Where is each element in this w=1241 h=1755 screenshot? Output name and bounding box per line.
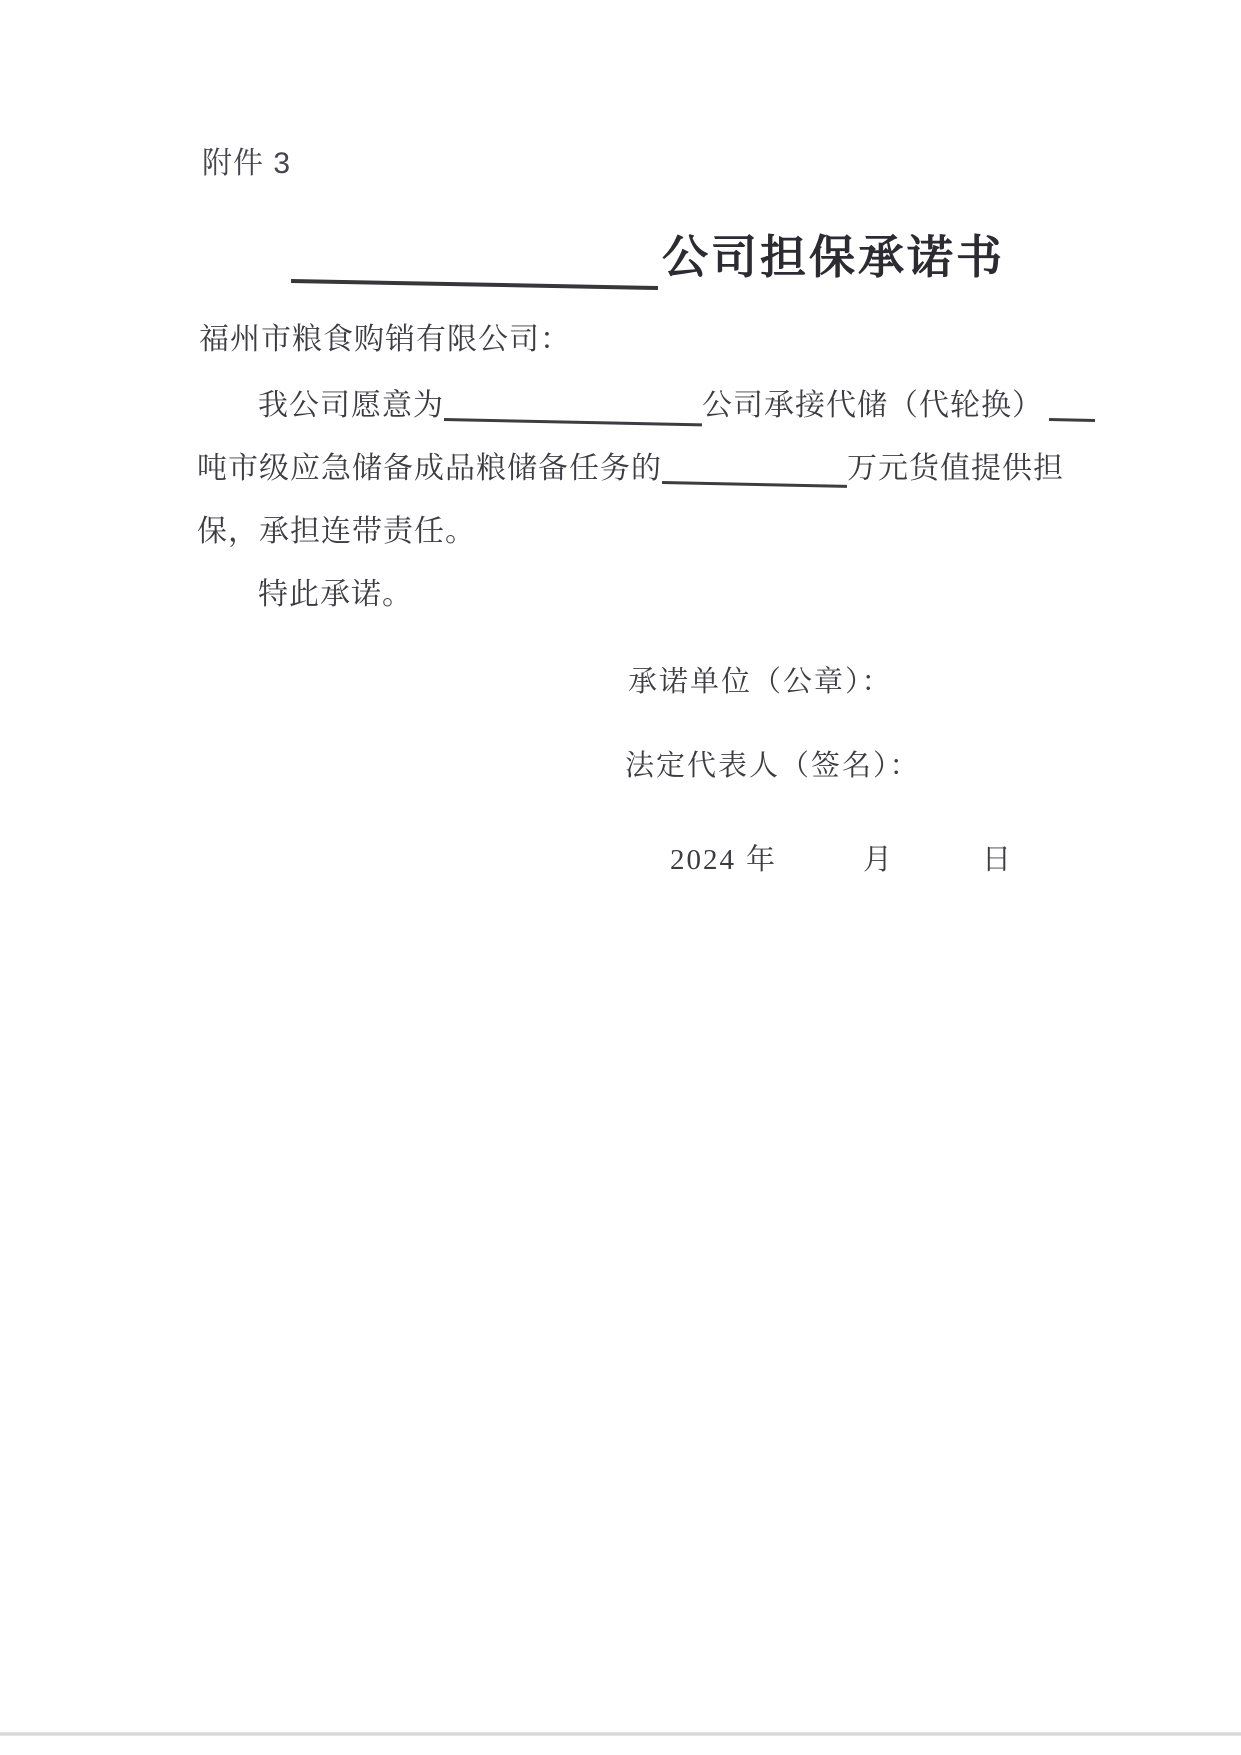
body-line-2-lead: 吨市级应急储备成品粮储备任务的: [197, 452, 662, 485]
scanner-edge-artifact: [0, 1732, 1241, 1736]
date-day-unit: 日: [982, 844, 1013, 876]
salutation: 福州市粮食购销有限公司：: [199, 320, 571, 360]
date-month-unit: 月: [863, 844, 894, 876]
body-line-1-after-blank: 公司承接代储（代轮换）: [702, 389, 1043, 422]
signature-unit-label: 承诺单位（公章）：: [628, 663, 893, 701]
date-year-unit: 年: [746, 844, 777, 876]
title-company-blank-underline: [291, 279, 658, 290]
value-amount-blank: [662, 481, 847, 488]
body-line-3: 保，承担连带责任。: [197, 512, 476, 552]
body-line-2: 吨市级应急储备成品粮储备任务的万元货值提供担: [197, 449, 1064, 489]
closing-statement: 特此承诺。: [258, 575, 413, 615]
body-line-1-lead: 我公司愿意为: [258, 389, 444, 422]
legal-representative-label: 法定代表人（签名）：: [625, 747, 921, 785]
date-year-value: 2024: [670, 844, 736, 876]
attachment-label: 附件 3: [202, 138, 291, 182]
date-line: 2024年月日: [670, 841, 1013, 879]
body-line-2-after-blank: 万元货值提供担: [847, 452, 1064, 485]
body-line-1: 我公司愿意为公司承接代储（代轮换）: [258, 386, 1095, 426]
company-name-blank: [444, 418, 702, 426]
title-row: 公司担保承诺书: [291, 228, 1005, 288]
tonnage-blank: [1049, 418, 1095, 422]
document-page: 附件 3 公司担保承诺书 福州市粮食购销有限公司： 我公司愿意为公司承接代储（代…: [0, 0, 1241, 1755]
document-title: 公司担保承诺书: [662, 228, 1005, 288]
